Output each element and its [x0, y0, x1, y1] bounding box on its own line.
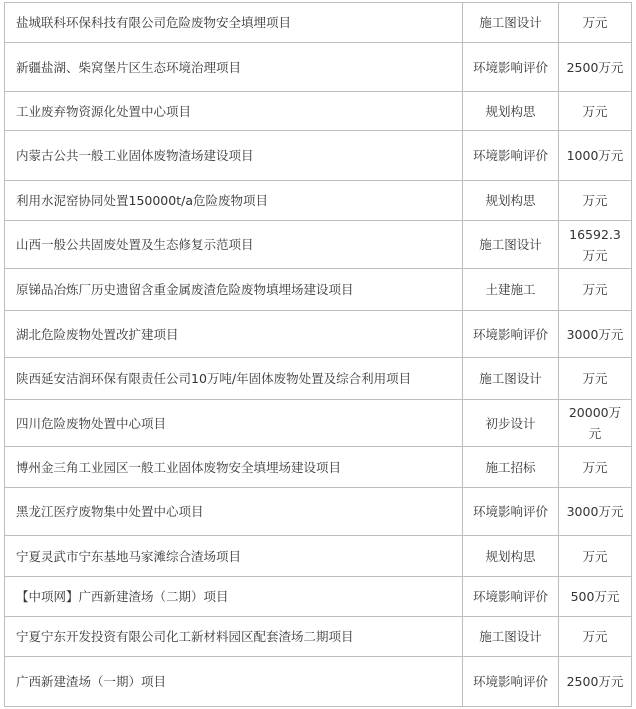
project-amount-cell: 万元	[559, 358, 632, 400]
project-stage-cell: 施工图设计	[463, 617, 559, 657]
project-stage-cell: 规划构思	[463, 181, 559, 221]
project-amount-cell: 16592.3万元	[559, 221, 632, 269]
project-amount-cell: 500万元	[559, 577, 632, 617]
project-stage-cell: 初步设计	[463, 400, 559, 447]
project-name-cell: 湖北危险废物处置改扩建项目	[5, 311, 463, 358]
project-stage-cell: 环境影响评价	[463, 131, 559, 181]
project-amount-cell: 3000万元	[559, 311, 632, 358]
project-stage-cell: 环境影响评价	[463, 657, 559, 707]
project-name-cell: 工业废弃物资源化处置中心项目	[5, 92, 463, 131]
project-amount-cell: 1000万元	[559, 131, 632, 181]
project-name-cell: 山西一般公共固废处置及生态修复示范项目	[5, 221, 463, 269]
table-row: 广西新建渣场（一期）项目环境影响评价2500万元	[5, 657, 632, 707]
project-amount-cell: 2500万元	[559, 657, 632, 707]
project-stage-cell: 施工图设计	[463, 358, 559, 400]
project-name-cell: 原锑品冶炼厂历史遗留含重金属废渣危险废物填埋场建设项目	[5, 269, 463, 311]
project-amount-cell: 20000万元	[559, 400, 632, 447]
table-row: 山西一般公共固废处置及生态修复示范项目施工图设计16592.3万元	[5, 221, 632, 269]
table-row: 宁夏宁东开发投资有限公司化工新材料园区配套渣场二期项目施工图设计万元	[5, 617, 632, 657]
table-row: 宁夏灵武市宁东基地马家滩综合渣场项目规划构思万元	[5, 536, 632, 577]
project-amount-cell: 万元	[559, 536, 632, 577]
project-name-cell: 盐城联科环保科技有限公司危险废物安全填埋项目	[5, 3, 463, 43]
project-name-cell: 宁夏宁东开发投资有限公司化工新材料园区配套渣场二期项目	[5, 617, 463, 657]
project-amount-cell: 万元	[559, 447, 632, 488]
project-stage-cell: 土建施工	[463, 269, 559, 311]
project-stage-cell: 施工图设计	[463, 3, 559, 43]
project-name-cell: 内蒙古公共一般工业固体废物渣场建设项目	[5, 131, 463, 181]
project-stage-cell: 环境影响评价	[463, 488, 559, 536]
project-stage-cell: 环境影响评价	[463, 311, 559, 358]
project-name-cell: 四川危险废物处置中心项目	[5, 400, 463, 447]
project-name-cell: 宁夏灵武市宁东基地马家滩综合渣场项目	[5, 536, 463, 577]
project-name-cell: 黑龙江医疗废物集中处置中心项目	[5, 488, 463, 536]
table-row: 博州金三角工业园区一般工业固体废物安全填埋场建设项目施工招标万元	[5, 447, 632, 488]
project-amount-cell: 3000万元	[559, 488, 632, 536]
table-row: 内蒙古公共一般工业固体废物渣场建设项目环境影响评价1000万元	[5, 131, 632, 181]
project-stage-cell: 环境影响评价	[463, 43, 559, 92]
project-amount-cell: 万元	[559, 617, 632, 657]
project-stage-cell: 规划构思	[463, 92, 559, 131]
table-row: 湖北危险废物处置改扩建项目环境影响评价3000万元	[5, 311, 632, 358]
table-row: 陕西延安洁润环保有限责任公司10万吨/年固体废物处置及综合利用项目施工图设计万元	[5, 358, 632, 400]
project-amount-cell: 2500万元	[559, 43, 632, 92]
project-stage-cell: 环境影响评价	[463, 577, 559, 617]
project-table: 盐城联科环保科技有限公司危险废物安全填埋项目施工图设计万元新疆盐湖、柴窝堡片区生…	[4, 2, 632, 707]
project-stage-cell: 施工图设计	[463, 221, 559, 269]
project-name-cell: 陕西延安洁润环保有限责任公司10万吨/年固体废物处置及综合利用项目	[5, 358, 463, 400]
table-row: 工业废弃物资源化处置中心项目规划构思万元	[5, 92, 632, 131]
table-row: 盐城联科环保科技有限公司危险废物安全填埋项目施工图设计万元	[5, 3, 632, 43]
table-row: 【中项网】广西新建渣场（二期）项目环境影响评价500万元	[5, 577, 632, 617]
project-name-cell: 新疆盐湖、柴窝堡片区生态环境治理项目	[5, 43, 463, 92]
project-amount-cell: 万元	[559, 181, 632, 221]
table-body: 盐城联科环保科技有限公司危险废物安全填埋项目施工图设计万元新疆盐湖、柴窝堡片区生…	[5, 3, 632, 707]
project-name-cell: 【中项网】广西新建渣场（二期）项目	[5, 577, 463, 617]
project-name-cell: 利用水泥窑协同处置150000t/a危险废物项目	[5, 181, 463, 221]
project-name-cell: 博州金三角工业园区一般工业固体废物安全填埋场建设项目	[5, 447, 463, 488]
table-row: 黑龙江医疗废物集中处置中心项目环境影响评价3000万元	[5, 488, 632, 536]
project-stage-cell: 施工招标	[463, 447, 559, 488]
project-amount-cell: 万元	[559, 92, 632, 131]
table-row: 新疆盐湖、柴窝堡片区生态环境治理项目环境影响评价2500万元	[5, 43, 632, 92]
table-row: 利用水泥窑协同处置150000t/a危险废物项目规划构思万元	[5, 181, 632, 221]
table-row: 四川危险废物处置中心项目初步设计20000万元	[5, 400, 632, 447]
table-row: 原锑品冶炼厂历史遗留含重金属废渣危险废物填埋场建设项目土建施工万元	[5, 269, 632, 311]
project-amount-cell: 万元	[559, 3, 632, 43]
project-stage-cell: 规划构思	[463, 536, 559, 577]
project-name-cell: 广西新建渣场（一期）项目	[5, 657, 463, 707]
project-amount-cell: 万元	[559, 269, 632, 311]
